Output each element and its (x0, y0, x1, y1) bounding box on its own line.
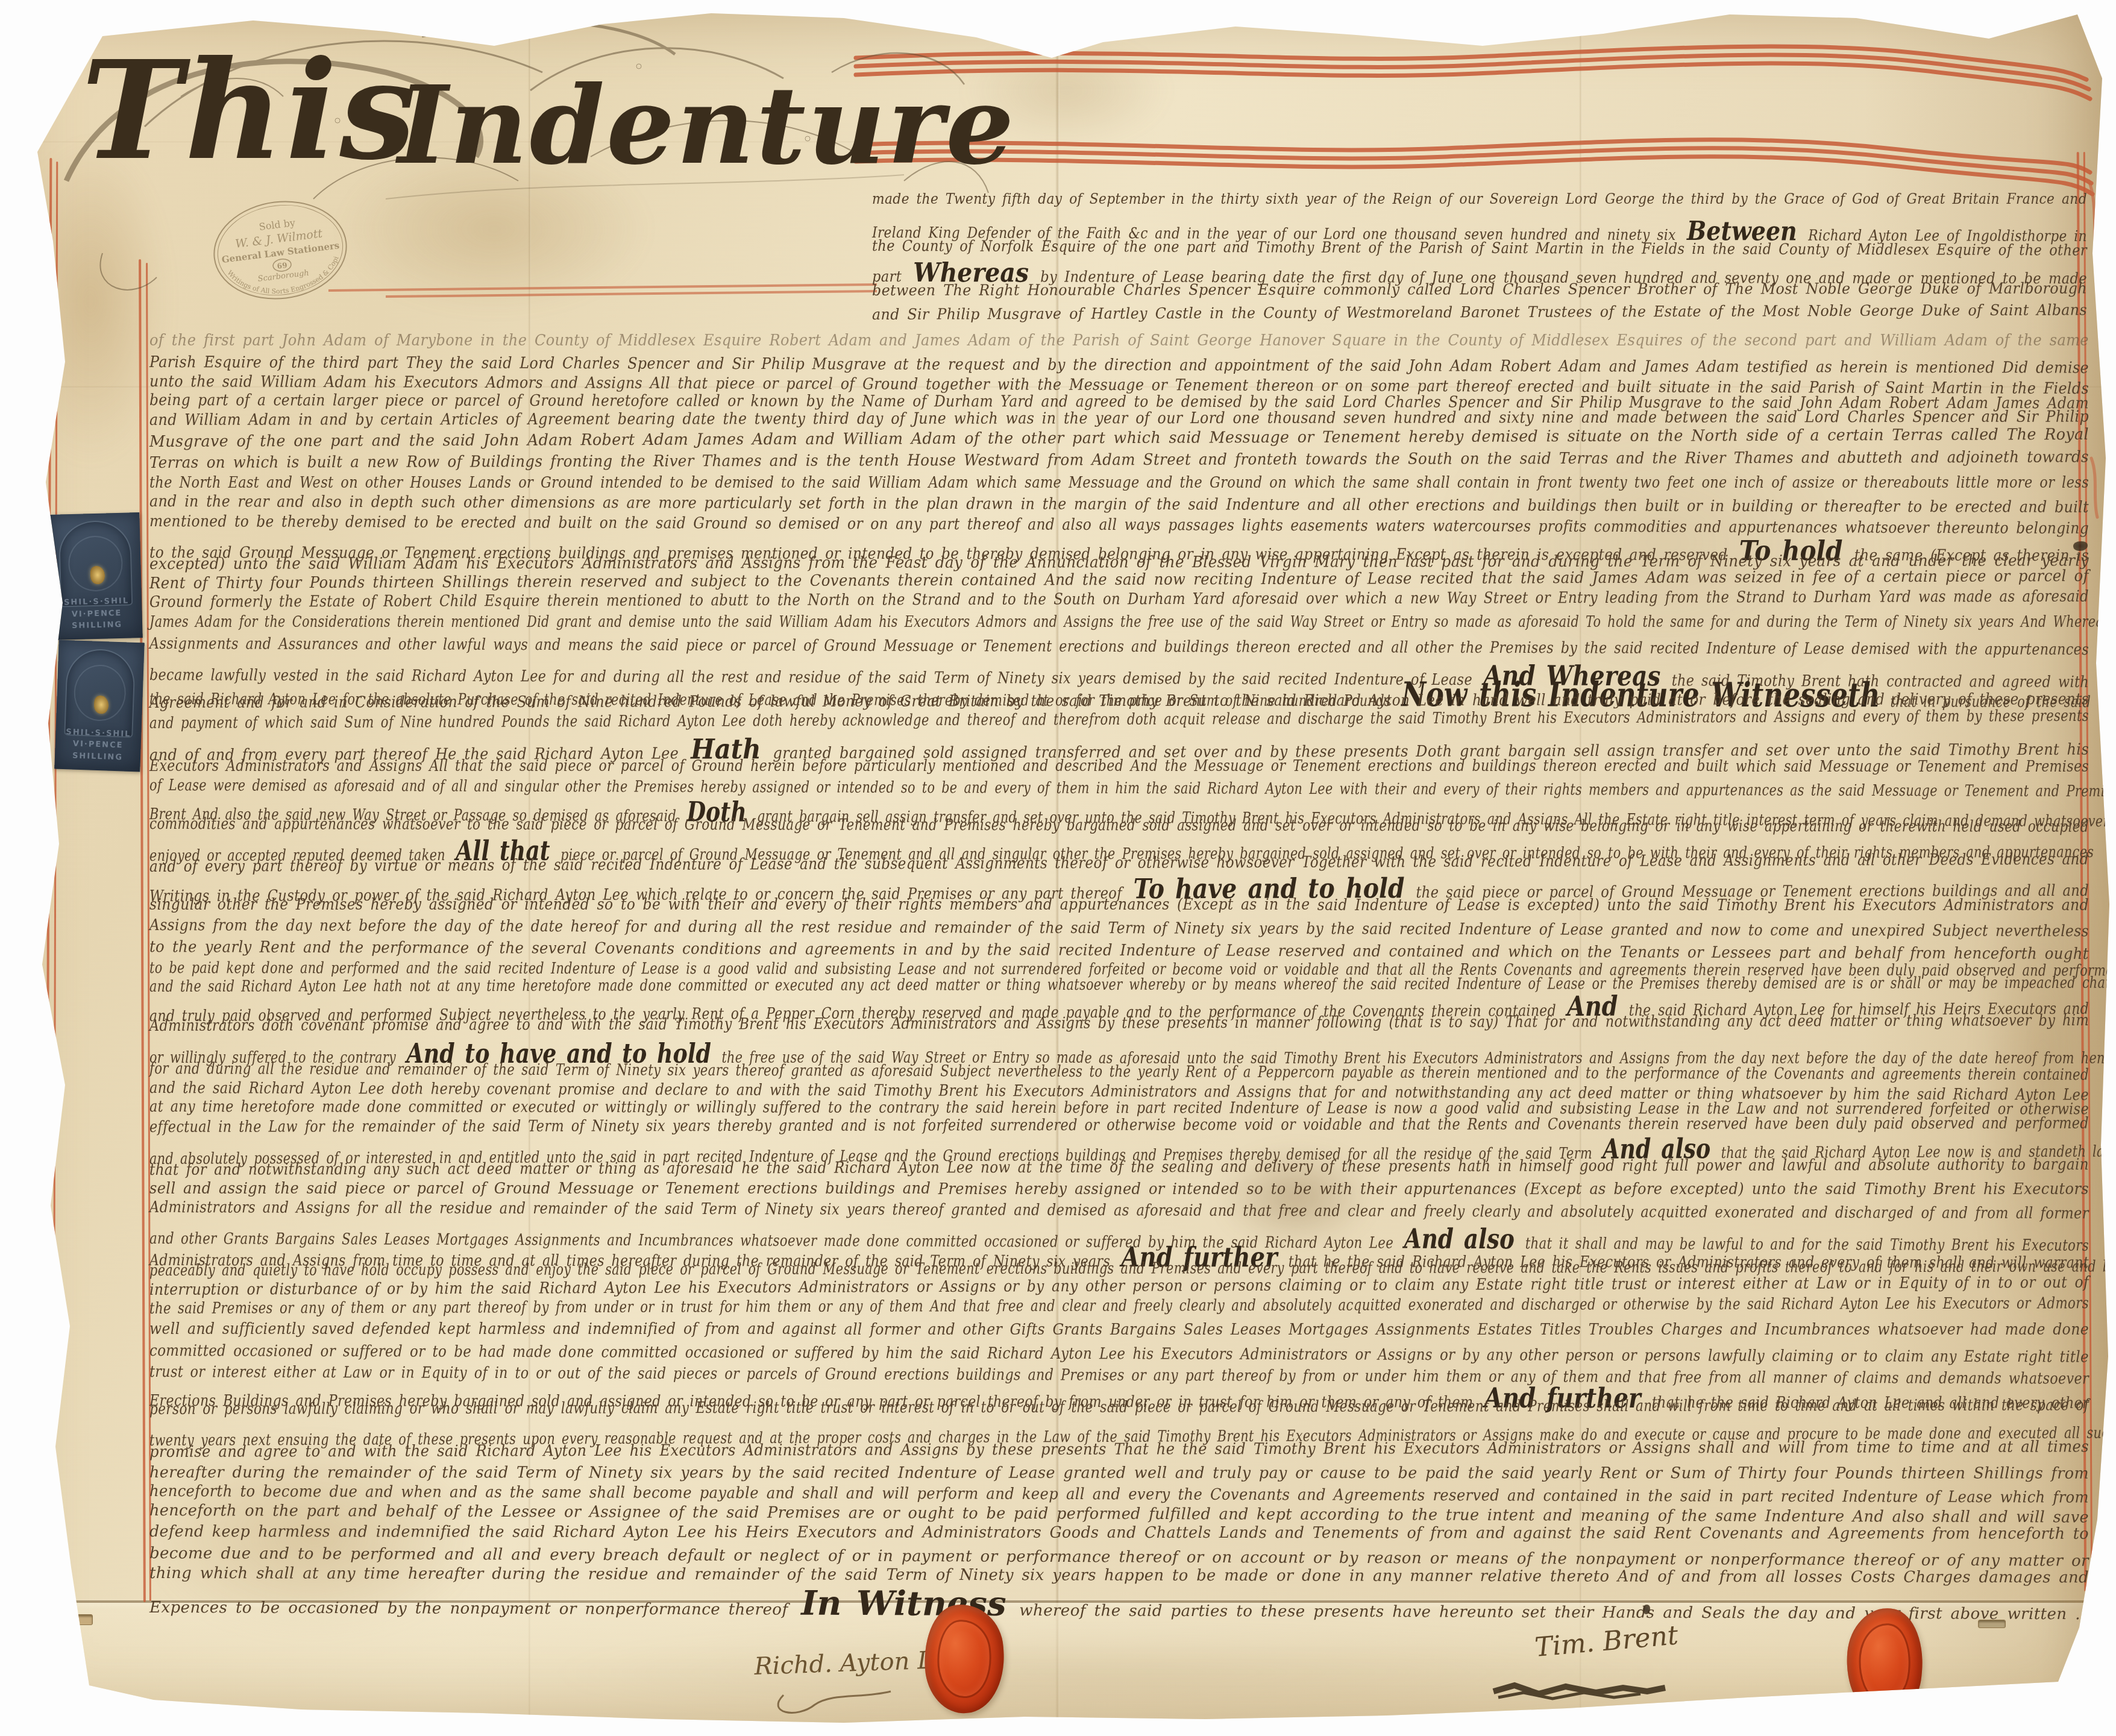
manuscript-line: thing which shall at any time hereafter … (149, 1565, 2089, 1585)
manuscript-line: and Sir Philip Musgrave of Hartley Castl… (872, 303, 2087, 322)
seal-tag-slit (1978, 1620, 2006, 1628)
stamp-text-line: SHIL·S·SHIL (51, 595, 142, 609)
red-triple-lines-top (856, 46, 2090, 99)
stamp-denomination-text: SHIL·S·SHILVI·PENCESHILLING (55, 726, 142, 764)
manuscript-line: the County of Norfolk Esquire of the one… (872, 238, 2087, 258)
manuscript-line: effectual in the Law for the remainder o… (149, 1116, 2089, 1135)
seal-tag-slit (53, 1614, 93, 1625)
deed-title-word2: Indenture (395, 62, 1016, 188)
manuscript-line: Executors Administrators and Assigns All… (149, 758, 2089, 775)
manuscript-line: person or persons lawfully claiming or w… (149, 1398, 2089, 1418)
revenue-stamp-1: SHIL·S·SHILVI·PENCESHILLING (49, 512, 142, 640)
manuscript-line: defend keep harmless and indemnified the… (149, 1524, 2089, 1542)
red-line-under-stamp (328, 285, 877, 297)
manuscript-line: and William Adam in and by certain Artic… (149, 409, 2089, 427)
manuscript-line: between The Right Honourable Charles Spe… (872, 280, 2087, 297)
svg-text:69: 69 (277, 261, 287, 271)
manuscript-line: the North East and West on other Houses … (149, 475, 2089, 491)
stamp-denomination-text: SHIL·S·SHILVI·PENCESHILLING (51, 595, 142, 632)
stamp-text-line: SHILLING (55, 749, 141, 764)
manuscript-line: of the first part John Adam of Marybone … (149, 333, 2089, 348)
manuscript-line: well and sufficiently saved defended kep… (149, 1321, 2089, 1338)
signature-tim-brent: Tim. Brent (1534, 1620, 1680, 1663)
manuscript-line: made the Twenty fifth day of September i… (872, 191, 2087, 206)
parchment-sheet: This Indenture Sold by W. & J. Wilmott G… (0, 0, 2116, 1736)
deed-title-word1: This (81, 31, 418, 190)
revenue-stamp-2: SHIL·S·SHILVI·PENCESHILLING (54, 640, 144, 772)
gold-wafer (90, 566, 105, 585)
manuscript-line: Expences to be occasioned by the nonpaym… (149, 1585, 2089, 1625)
deed-photo: This Indenture Sold by W. & J. Wilmott G… (0, 0, 2116, 1736)
signature-underline-scribble (1493, 1685, 1665, 1699)
manuscript-line: sell and assign the said piece or parcel… (149, 1181, 2089, 1197)
signature-flourish (778, 1691, 891, 1712)
manuscript-line: hereafter during the remainder of the sa… (149, 1465, 2089, 1482)
manuscript-line: James Adam for the Considerations therei… (149, 614, 2116, 630)
manuscript-line: singular other the Premises hereby assig… (149, 897, 2089, 913)
manuscript-line: that for and notwithstanding any such ac… (149, 1157, 2089, 1178)
stamp-text-line: SHILLING (52, 618, 142, 632)
manuscript-line: commodities and appurtenances whatsoever… (149, 816, 2089, 835)
